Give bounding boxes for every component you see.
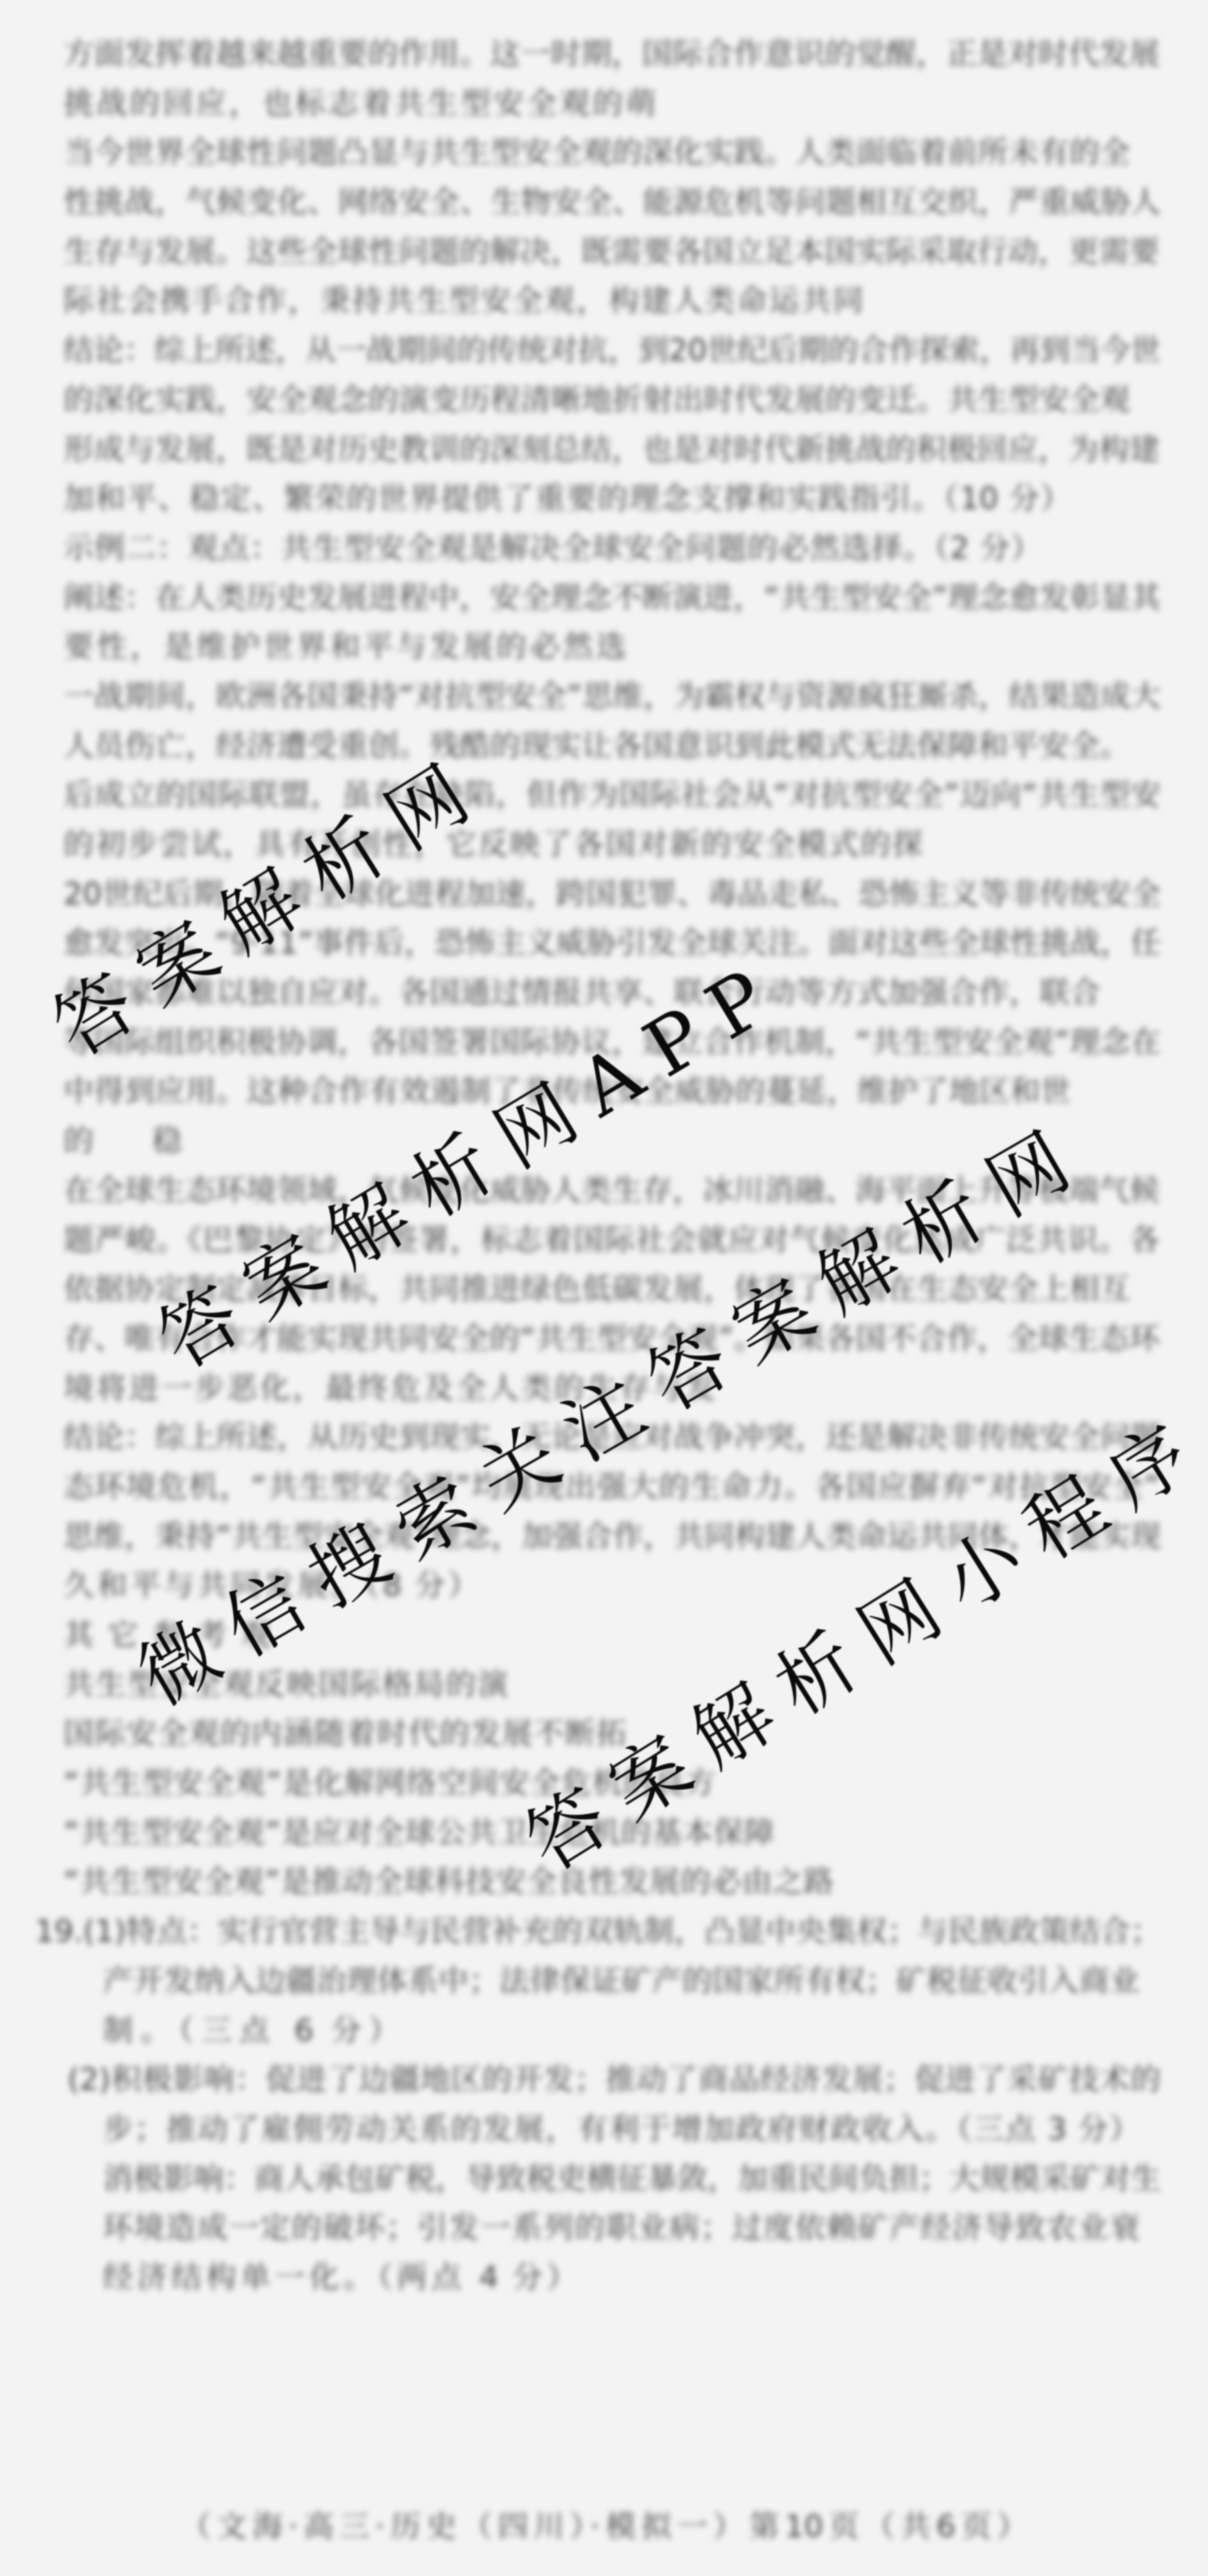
text-line: 19.(1)特点：实行官营主导与民营补充的双轨制，凸显中央集权；与民族政策结合；… xyxy=(35,1907,1161,1957)
scanned-answer-page: 方面发挥着越来越重要的作用。这一时期，国际合作意识的觉醒，正是对时代发展新挑战的… xyxy=(0,0,1208,2576)
text-line: (2)积极影响：促进了边疆地区的开发；推动了商品经济发展；促进了采矿技术的进 xyxy=(68,2055,1161,2105)
text-line: 性挑战，气候变化、网络安全、生物安全、能源危机等问题相互交织，严重威胁人类的 xyxy=(63,178,1161,227)
text-line: 其它参考观点： xyxy=(63,1611,271,1660)
text-line: 愈发突出。“9·11”事件后，恐怖主义威胁引发全球关注。面对这些全球性挑战，任 xyxy=(63,919,1161,968)
text-line: 人员伤亡，经济遭受重创。残酷的现实让各国意识到此模式无法保障和平安全。战 xyxy=(63,722,1130,771)
text-line: 环境造成一定的破坏；引发一系列的职业病；过度依赖矿产经济导致农业衰落、 xyxy=(103,2203,1140,2253)
text-line: 制。（三点 6 分） xyxy=(103,2006,399,2056)
text-line: 题严峻。《巴黎协定》的签署，标志着国际社会就应对气候变化达成广泛共识。各国 xyxy=(63,1216,1160,1265)
text-line: 加和平、稳定、繁荣的世界提供了重要的理念支撑和实践指引。（10 分） xyxy=(63,474,1071,524)
text-line: 思维，秉持“共生型安全观”理念，加强合作，共同构建人类命运共同体，才能实现持 xyxy=(63,1512,1161,1562)
text-line: 在全球生态环境领域，气候变化威胁人类生存，冰川消融、海平面上升等极端气候问 xyxy=(63,1166,1160,1216)
text-line: 际社会携手合作，秉持共生型安全观，构建人类命运共同体。 xyxy=(63,276,863,326)
text-line: 后成立的国际联盟，虽存在缺陷，但作为国际社会从“对抗型安全”迈向“共生型安全” xyxy=(63,771,1161,820)
text-line: 一战期间，欧洲各国秉持“对抗型安全”思维，为霸权与资源疯狂厮杀，结果造成大量 xyxy=(63,672,1161,722)
text-line: 步；推动了雇佣劳动关系的发展，有利于增加政府财政收入。（三点 3 分） xyxy=(103,2105,1140,2154)
text-line: 的深化实践，安全观念的演变历程清晰地折射出时代发展的变迁。共生型安全观的 xyxy=(63,376,1130,425)
text-line: 方面发挥着越来越重要的作用。这一时期，国际合作意识的觉醒，正是对时代发展新 xyxy=(63,30,1160,79)
text-line: 的稳定。 xyxy=(63,1117,182,1166)
text-line: “共生型安全观”是应对全球公共卫生危机的基本保障 xyxy=(63,1808,774,1858)
text-line: 态环境危机，“共生型安全观”均展现出强大的生命力。各国应摒弃“对抗型安全” xyxy=(63,1462,1160,1512)
text-line: 结论：综上所述，从一战期间的传统对抗，到20世纪后期的合作探索，再到当今世界 xyxy=(63,326,1161,376)
text-line: 当今世界全球性问题凸显与共生型安全观的深化实践。人类面临着前所未有的全球 xyxy=(63,128,1130,178)
answer-text-block: 方面发挥着越来越重要的作用。这一时期，国际合作意识的觉醒，正是对时代发展新挑战的… xyxy=(0,30,1208,2303)
text-line: 存、唯有合作才能实现共同安全的“共生型安全观”。如果各国不合作，全球生态环 xyxy=(63,1314,1160,1364)
text-line: 阐述：在人类历史发展进程中，安全理念不断演进，“共生型安全”理念愈发彰显其重 xyxy=(63,573,1161,623)
text-line: 消极影响：商人承包矿税，导致税吏横征暴敛，加重民间负担；大规模采矿对生态 xyxy=(103,2154,1161,2204)
text-line: 结论：综上所述，从历史到现实，无论是应对战争冲突，还是解决非传统安全问题和生 xyxy=(63,1413,1161,1462)
text-line: 形成与发展，既是对历史教训的深刻总结，也是对时代新挑战的积极回应，为构建更 xyxy=(63,425,1160,475)
text-line: “共生型安全观”是化解网络空间安全危机的良方 xyxy=(63,1759,715,1808)
text-line: 共生型安全观反映国际格局的演变 xyxy=(63,1660,508,1710)
text-line: “共生型安全观”是推动全球科技安全良性发展的必由之路 xyxy=(63,1857,834,1907)
text-line: 境将进一步恶化，最终危及全人类的生存与发展。 xyxy=(63,1364,715,1414)
text-line: 何国家都难以独自应对。各国通过情报共享、联合行动等方式加强合作，联合国 xyxy=(63,968,1100,1018)
text-line: 中得到应用。这种合作有效遏制了非传统安全威胁的蔓延，维护了地区和世界 xyxy=(63,1067,1071,1117)
page-footer: （文海·高三·历史（四川）·模拟一）第10页（共6页） xyxy=(181,2502,1027,2551)
text-line: 挑战的回应，也标志着共生型安全观的萌芽。 xyxy=(63,79,656,129)
text-line: 示例二：观点：共生型安全观是解决全球安全问题的必然选择。（2 分） xyxy=(63,524,1041,573)
text-line: 的初步尝试，具有开创性，它反映了各国对新的安全模式的探索。 xyxy=(63,820,923,870)
text-line: 等国际组织积极协调，各国签署国际协议，建立合作机制，“共生型安全观”理念在实践 xyxy=(63,1018,1161,1068)
text-line: 国际安全观的内涵随着时代的发展不断拓展 xyxy=(63,1709,626,1759)
text-line: 要性，是维护世界和平与发展的必然选择。 xyxy=(63,622,626,672)
text-line: 经济结构单一化。（两点 4 分） xyxy=(103,2253,577,2303)
text-line: 依据协定制定减排目标，共同推进绿色低碳发展，体现了各国在生态安全上相互依 xyxy=(63,1265,1130,1314)
text-line: 久和平与共同发展。（8 分） xyxy=(63,1561,478,1611)
text-line: 20世纪后期，随着全球化进程加速，跨国犯罪、毒品走私、恐怖主义等非传统安全问题 xyxy=(63,870,1161,919)
text-line: 生存与发展。这些全球性问题的解决，既需要各国立足本国实际采取行动，更需要国 xyxy=(63,227,1160,277)
text-line: 产开发纳入边疆治理体系中；法律保证矿产的国家所有权；矿税征收引入商业机 xyxy=(103,1957,1140,2006)
